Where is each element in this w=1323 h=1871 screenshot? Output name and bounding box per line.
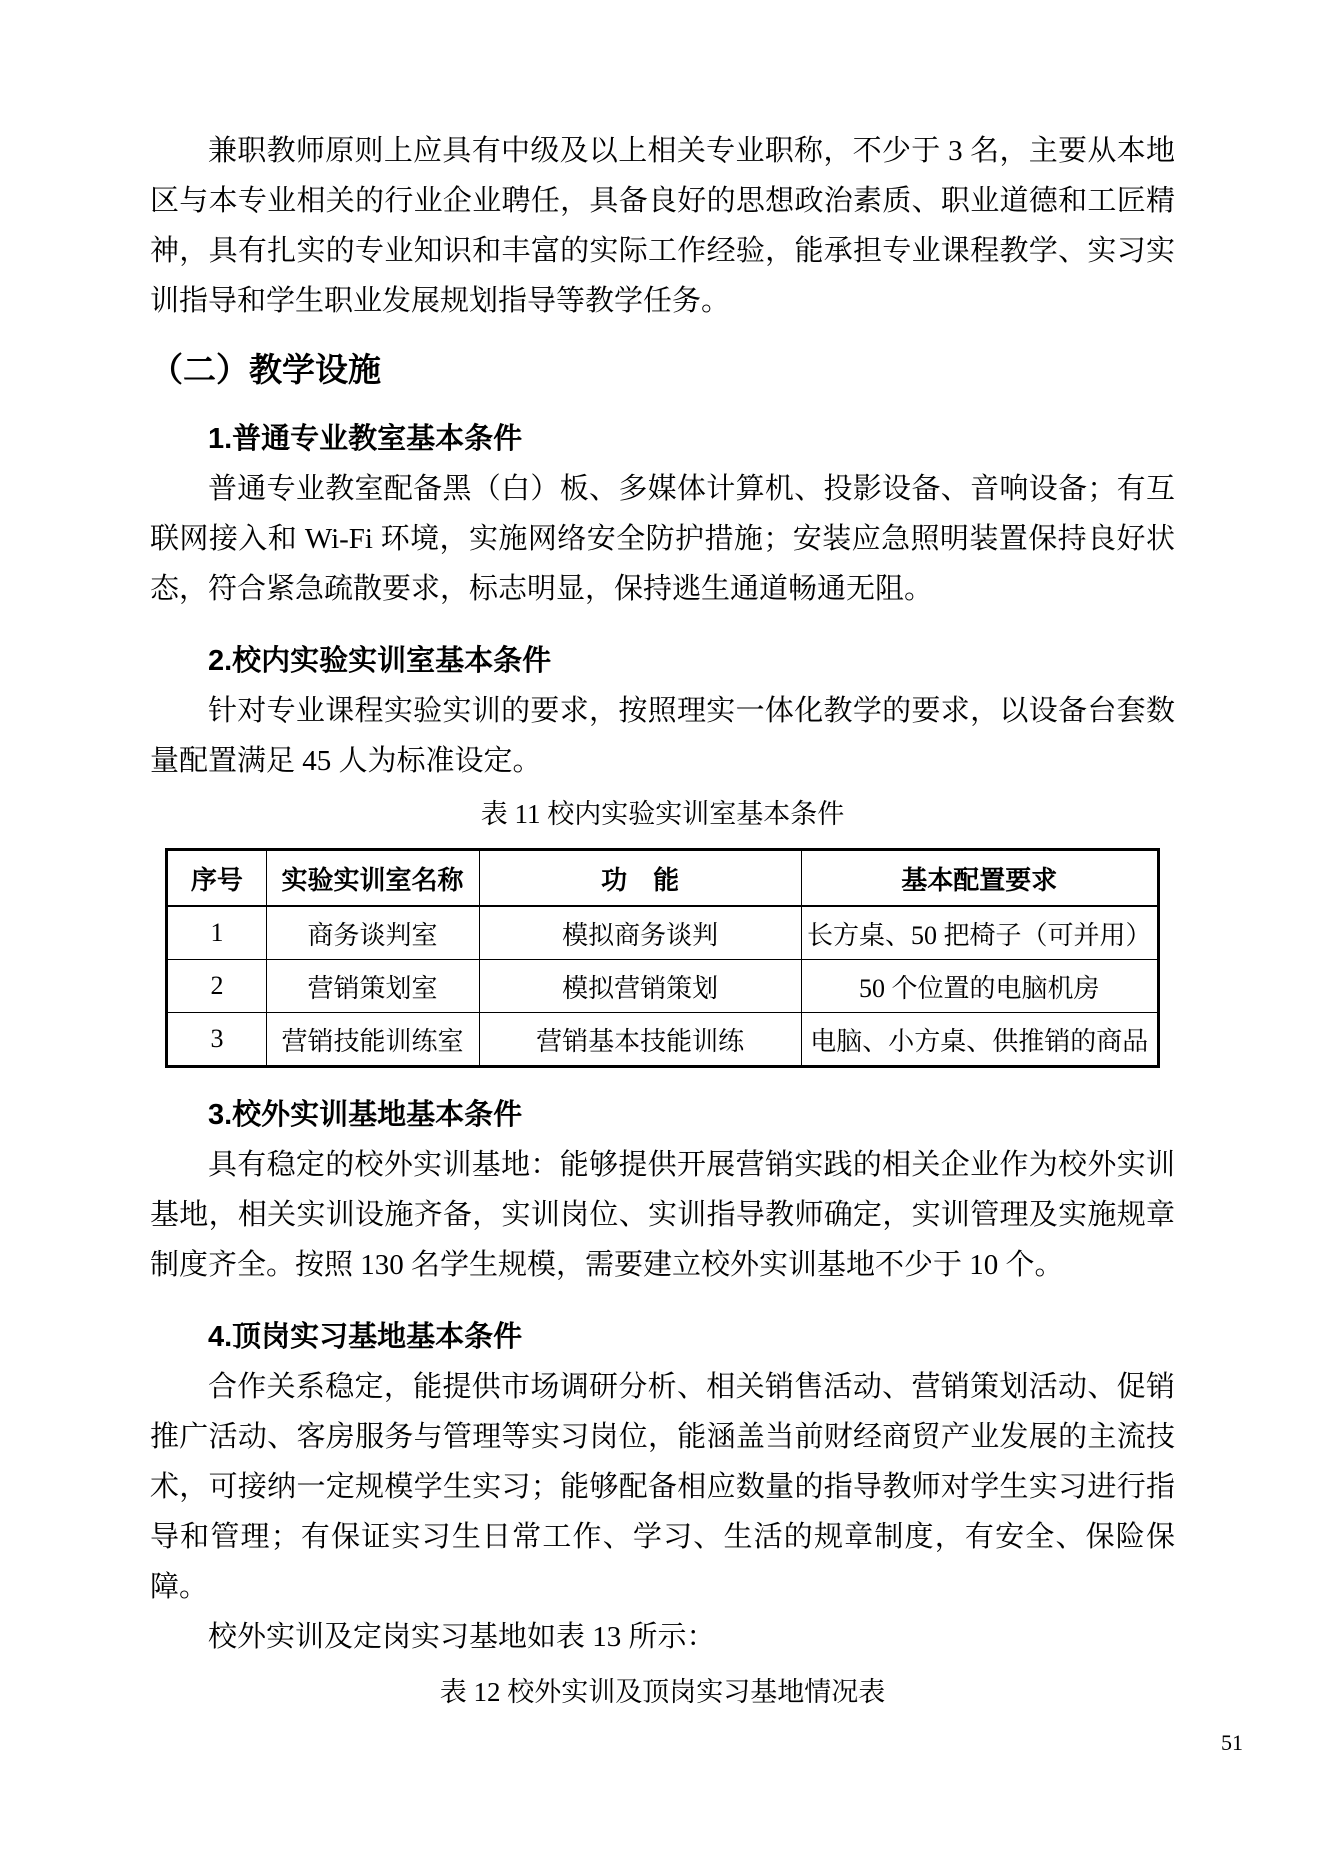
table11-caption: 表 11 校内实验实训室基本条件 [150, 792, 1175, 836]
document-page: 兼职教师原则上应具有中级及以上相关专业职称，不少于 3 名，主要从本地区与本专业… [0, 0, 1323, 1871]
subsection-title-3: 3.校外实训基地基本条件 [150, 1090, 1175, 1140]
closing-line: 校外实训及定岗实习基地如表 13 所示： [150, 1612, 1175, 1662]
facilities-table: 序号 实验实训室名称 功 能 基本配置要求 1 商务谈判室 模拟商务谈判 长方桌… [165, 848, 1159, 1068]
table-cell: 商务谈判室 [266, 906, 479, 960]
table-header-row: 序号 实验实训室名称 功 能 基本配置要求 [167, 850, 1158, 907]
table-cell: 模拟商务谈判 [479, 906, 801, 960]
table-row: 3 营销技能训练室 营销基本技能训练 电脑、小方桌、供推销的商品 [167, 1013, 1158, 1067]
subsection-title-2: 2.校内实验实训室基本条件 [150, 636, 1175, 686]
table-cell: 营销策划室 [266, 960, 479, 1013]
page-number: 51 [1221, 1730, 1243, 1756]
section-heading: （二）教学设施 [150, 348, 1175, 392]
subsection-paragraph-4: 合作关系稳定，能提供市场调研分析、相关销售活动、营销策划活动、促销推广活动、客房… [150, 1362, 1175, 1612]
subsection-title-4: 4.顶岗实习基地基本条件 [150, 1312, 1175, 1362]
table-header-cell: 序号 [167, 850, 266, 907]
table-cell: 模拟营销策划 [479, 960, 801, 1013]
table-cell: 营销技能训练室 [266, 1013, 479, 1067]
intro-paragraph: 兼职教师原则上应具有中级及以上相关专业职称，不少于 3 名，主要从本地区与本专业… [150, 126, 1175, 326]
subsection-paragraph-2: 针对专业课程实验实训的要求，按照理实一体化教学的要求，以设备台套数量配置满足 4… [150, 686, 1175, 786]
table-header-cell: 基本配置要求 [801, 850, 1158, 907]
table-cell: 50 个位置的电脑机房 [801, 960, 1158, 1013]
subsection-paragraph-1: 普通专业教室配备黑（白）板、多媒体计算机、投影设备、音响设备；有互联网接入和 W… [150, 464, 1175, 614]
table12-caption: 表 12 校外实训及顶岗实习基地情况表 [150, 1670, 1175, 1714]
table-cell: 2 [167, 960, 266, 1013]
table-row: 2 营销策划室 模拟营销策划 50 个位置的电脑机房 [167, 960, 1158, 1013]
table-cell: 营销基本技能训练 [479, 1013, 801, 1067]
page-content: 兼职教师原则上应具有中级及以上相关专业职称，不少于 3 名，主要从本地区与本专业… [0, 0, 1323, 1714]
table-cell: 1 [167, 906, 266, 960]
subsection-title-1: 1.普通专业教室基本条件 [150, 414, 1175, 464]
table-header-cell: 实验实训室名称 [266, 850, 479, 907]
table-cell: 3 [167, 1013, 266, 1067]
table-row: 1 商务谈判室 模拟商务谈判 长方桌、50 把椅子（可并用） [167, 906, 1158, 960]
table-header-cell: 功 能 [479, 850, 801, 907]
subsection-paragraph-3: 具有稳定的校外实训基地：能够提供开展营销实践的相关企业作为校外实训基地，相关实训… [150, 1140, 1175, 1290]
table-cell: 长方桌、50 把椅子（可并用） [801, 906, 1158, 960]
table-cell: 电脑、小方桌、供推销的商品 [801, 1013, 1158, 1067]
